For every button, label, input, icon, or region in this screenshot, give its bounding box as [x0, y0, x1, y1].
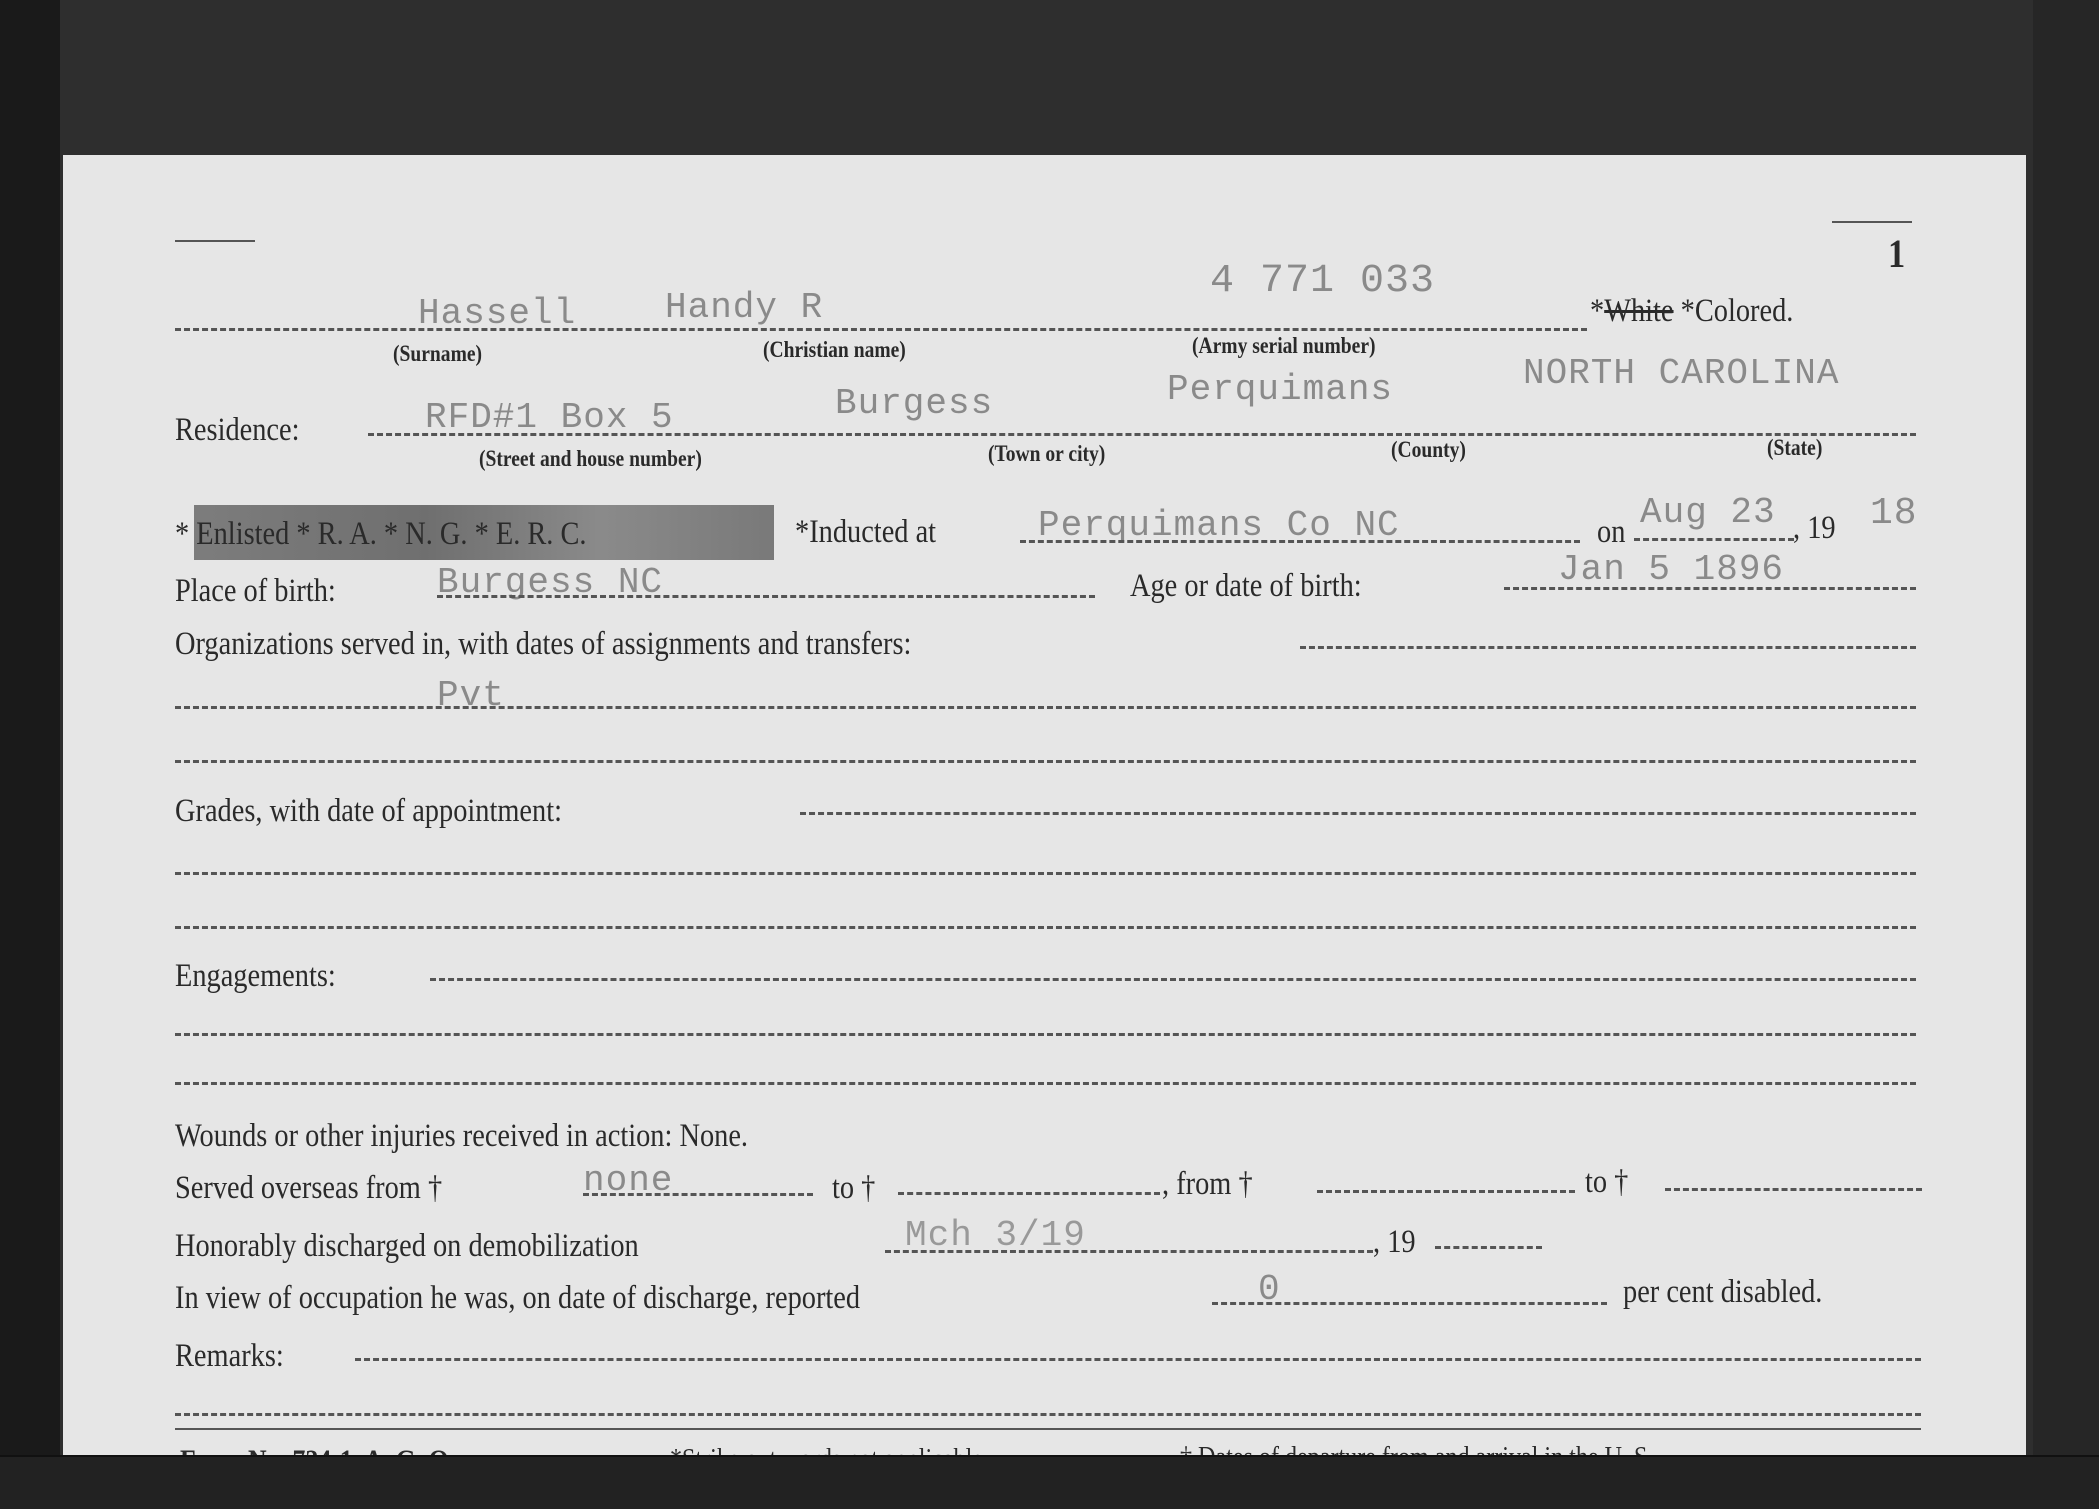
town-label: (Town or city): [988, 442, 1105, 465]
per-cent-disabled-label: per cent disabled.: [1623, 1276, 1822, 1309]
army-serial-label: (Army serial number): [1192, 334, 1376, 357]
overseas-to2-label: to †: [1585, 1166, 1628, 1199]
age-dob-label: Age or date of birth:: [1130, 570, 1362, 603]
organizations-label: Organizations served in, with dates of a…: [175, 628, 911, 661]
inducted-on-line: [1634, 538, 1794, 541]
overseas-to-line: [898, 1192, 1160, 1195]
race-field: *White *Colored.: [1590, 295, 1793, 328]
grades-label: Grades, with date of appointment:: [175, 795, 562, 828]
residence-line: [368, 433, 1916, 436]
remarks-label: Remarks:: [175, 1340, 284, 1373]
race-white-struck: White: [1604, 293, 1673, 329]
enlistment-types: * Enlisted * R. A. * N. G. * E. R. C.: [175, 518, 587, 551]
overseas-to-label: to †: [832, 1172, 875, 1205]
overseas-to2-line: [1665, 1188, 1922, 1191]
county-label: (County): [1391, 438, 1466, 461]
date-of-birth-value: Jan 5 1896: [1558, 552, 1784, 588]
county-value: Perquimans: [1167, 372, 1393, 408]
organizations-line-2: [175, 706, 1916, 709]
grades-line-1: [800, 812, 1916, 815]
engagements-label: Engagements:: [175, 960, 336, 993]
on-label: on: [1597, 516, 1625, 549]
remarks-line-2: [175, 1413, 1921, 1416]
background-left: [0, 0, 60, 1509]
place-of-birth-label: Place of birth:: [175, 575, 336, 608]
top-left-mark: [175, 240, 255, 242]
page-number: 1: [1888, 234, 1905, 274]
grades-line-3: [175, 926, 1916, 929]
place-of-birth-line: [437, 595, 1095, 598]
street-value: RFD#1 Box 5: [425, 400, 674, 436]
christian-name-value: Handy R: [665, 290, 823, 326]
army-serial-value: 4 771 033: [1210, 262, 1435, 302]
surname-label: (Surname): [393, 342, 482, 365]
honorably-discharged-label: Honorably discharged on demobilization: [175, 1230, 639, 1263]
engagements-line-1: [430, 978, 1916, 981]
percent-disabled-line: [1212, 1302, 1607, 1305]
remarks-line-1: [355, 1358, 1921, 1361]
overseas-from-line: [583, 1193, 813, 1196]
wounds-label: Wounds or other injuries received in act…: [175, 1120, 748, 1153]
in-view-label: In view of occupation he was, on date of…: [175, 1282, 860, 1315]
engagements-line-3: [175, 1082, 1916, 1085]
inducted-on-value: Aug 23: [1640, 495, 1776, 531]
street-label: (Street and house number): [479, 447, 702, 470]
organizations-line-1: [1300, 646, 1916, 649]
organizations-line-3: [175, 760, 1916, 763]
overseas-from2-line: [1317, 1190, 1575, 1193]
grades-line-2: [175, 872, 1916, 875]
name-line: [175, 328, 1587, 331]
engagements-line-2: [175, 1033, 1916, 1036]
inducted-year-value: 18: [1870, 495, 1918, 533]
surname-value: Hassell: [418, 296, 576, 332]
state-value: NORTH CAROLINA: [1523, 356, 1839, 392]
christian-name-label: (Christian name): [763, 338, 906, 361]
background-right: [2033, 0, 2099, 1509]
discharge-year-line: [1435, 1246, 1542, 1249]
residence-label: Residence:: [175, 414, 300, 447]
inducted-at-line: [1020, 540, 1580, 543]
dob-line: [1504, 587, 1916, 590]
town-value: Burgess: [835, 386, 993, 422]
overseas-from2-label: , from †: [1162, 1168, 1253, 1201]
bottom-rule: [175, 1428, 1921, 1430]
background-bottom: [0, 1455, 2099, 1509]
year-prefix: , 19: [1793, 512, 1836, 545]
discharge-date-value: Mch 3/19: [905, 1218, 1086, 1254]
top-right-mark: [1832, 221, 1912, 223]
served-overseas-label: Served overseas from †: [175, 1172, 442, 1205]
race-colored: Colored.: [1695, 293, 1794, 329]
discharge-date-line: [885, 1250, 1373, 1253]
inducted-at-value: Perquimans Co NC: [1038, 508, 1400, 544]
inducted-at-label: *Inducted at: [795, 516, 936, 549]
state-label: (State): [1767, 436, 1822, 459]
discharge-year-prefix: , 19: [1373, 1226, 1416, 1259]
